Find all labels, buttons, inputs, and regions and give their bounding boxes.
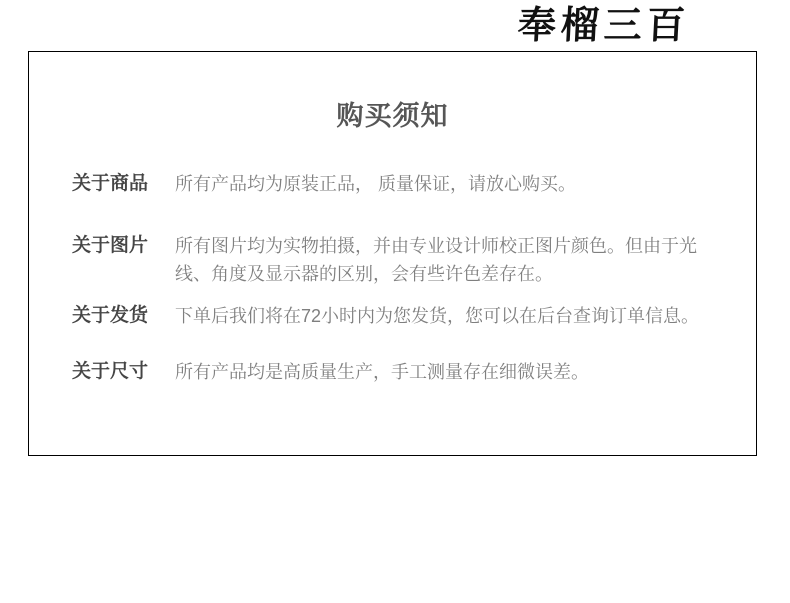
row-content-images: 所有图片均为实物拍摄，并由专业设计师校正图片颜色。但由于光线、角度及显示器的区别… — [175, 232, 732, 288]
row-label-shipping: 关于发货 — [72, 302, 175, 330]
notice-title: 购买须知 — [29, 99, 756, 133]
row-label-images: 关于图片 — [72, 232, 175, 260]
notice-box: 购买须知 关于商品 所有产品均为原装正品， 质量保证，请放心购买。 关于图片 所… — [28, 51, 757, 456]
notice-rows: 关于商品 所有产品均为原装正品， 质量保证，请放心购买。 关于图片 所有图片均为… — [29, 170, 756, 386]
row-label-product: 关于商品 — [72, 170, 175, 198]
row-content-size: 所有产品均是高质量生产，手工测量存在细微误差。 — [175, 358, 589, 386]
notice-row-product: 关于商品 所有产品均为原装正品， 质量保证，请放心购买。 — [72, 170, 732, 198]
row-content-product: 所有产品均为原装正品， 质量保证，请放心购买。 — [175, 170, 576, 198]
row-label-size: 关于尺寸 — [72, 358, 175, 386]
notice-row-size: 关于尺寸 所有产品均是高质量生产，手工测量存在细微误差。 — [72, 358, 732, 386]
page: 奉榴三百 客服电话：13752470677 购买须知 关于商品 所有产品均为原装… — [0, 0, 790, 603]
brand-logo: 奉榴三百 — [517, 2, 691, 48]
row-content-shipping: 下单后我们将在72小时内为您发货，您可以在后台查询订单信息。 — [175, 302, 699, 330]
notice-row-shipping: 关于发货 下单后我们将在72小时内为您发货，您可以在后台查询订单信息。 — [72, 302, 732, 330]
notice-row-images: 关于图片 所有图片均为实物拍摄，并由专业设计师校正图片颜色。但由于光线、角度及显… — [72, 232, 732, 288]
